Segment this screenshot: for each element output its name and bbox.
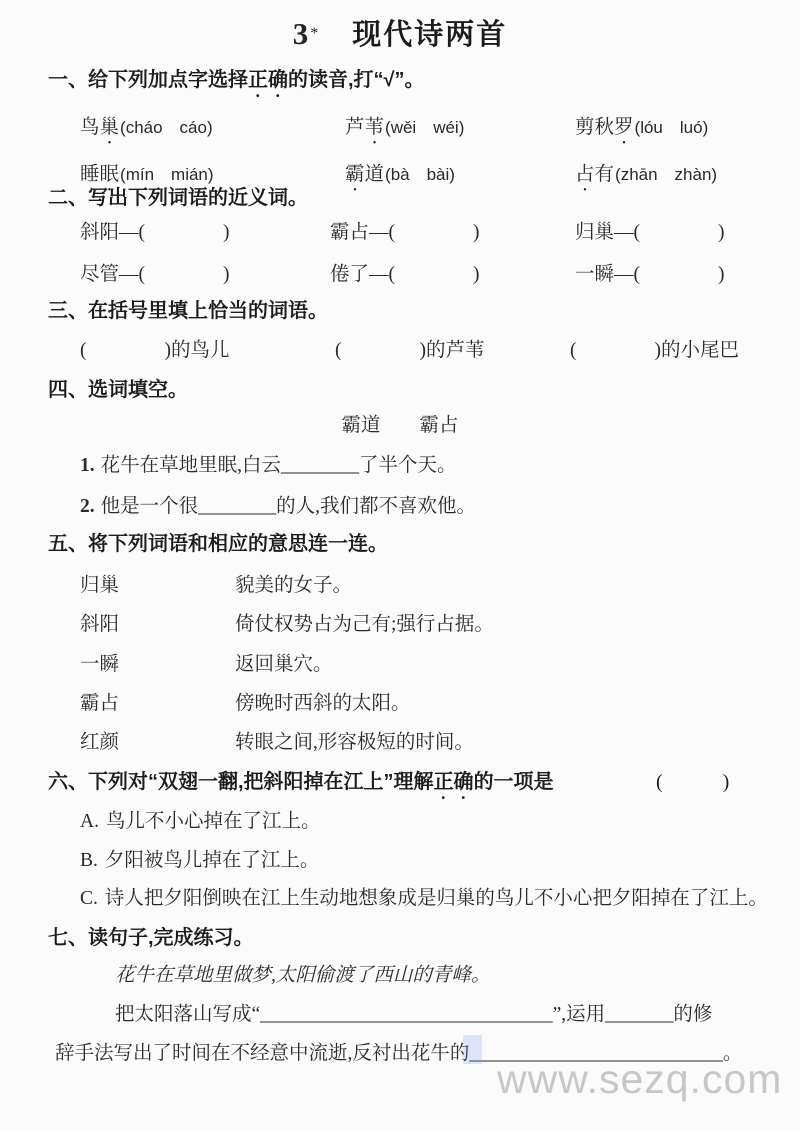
synonym-blank: 斜阳—( ) [80, 221, 230, 245]
heading-text: 一、给下列加点字选择 [48, 69, 248, 91]
option-label: A. [80, 811, 99, 832]
pinyin-item: 霸道(bà bài) [345, 163, 455, 196]
pinyin-choices: (bà bài) [385, 165, 455, 184]
synonym-blank: 归巢—( ) [575, 221, 725, 245]
pinyin-item: 芦苇(wěi wéi) [345, 116, 464, 149]
match-word: 斜阳 [80, 613, 235, 637]
match-word: 霸占 [80, 692, 235, 716]
dotted-char: 占 [575, 164, 595, 185]
heading-text: 的读音,打“√”。 [288, 69, 425, 91]
word-text: 道 [365, 164, 385, 185]
heading-text: 的一项是 [474, 771, 554, 793]
sentence-text: 花牛在草地里眠,白云________了半个天。 [101, 455, 457, 476]
lesson-number: 3 [293, 16, 309, 51]
fill-sentence: 2.他是一个很________的人,我们都不喜欢他。 [80, 495, 476, 519]
pinyin-choices: (wěi wéi) [385, 118, 464, 137]
item-number: 2. [80, 496, 95, 517]
pinyin-choices: (cháo cáo) [120, 118, 213, 137]
pinyin-choices: (mín mián) [120, 165, 214, 184]
choice-option: C.诗人把夕阳倒映在江上生动地想象成是归巢的鸟儿不小心把夕阳掉在了江上。 [80, 887, 768, 911]
match-word: 归巢 [80, 574, 235, 598]
lesson-star: * [310, 25, 318, 42]
match-row: 斜阳倚仗权势占为己有;强行占据。 [80, 613, 494, 637]
pinyin-choices: (zhān zhàn) [615, 165, 717, 184]
dotted-char: 巢 [100, 117, 120, 138]
section-4-heading: 四、选词填空。 [48, 378, 188, 403]
dotted-char: 霸 [345, 164, 365, 185]
quoted-poem-line: 花牛在草地里做梦,太阳偷渡了西山的青峰。 [115, 964, 490, 988]
fill-word-blank: ( )的芦苇 [335, 339, 485, 363]
match-row: 霸占傍晚时西斜的太阳。 [80, 692, 411, 716]
word-text: 睡 [80, 164, 100, 185]
pinyin-choices: (lóu luó) [635, 118, 709, 137]
lesson-title-text: 现代诗两首 [352, 19, 507, 51]
worksheet-page: 3*现代诗两首 一、给下列加点字选择正确的读音,打“√”。 鸟巢(cháo cá… [0, 0, 800, 1131]
pinyin-item: 鸟巢(cháo cáo) [80, 116, 213, 149]
heading-emphasis: 正确 [434, 771, 474, 793]
match-definition: 转眼之间,形容极短的时间。 [235, 732, 474, 753]
match-definition: 倚仗权势占为己有;强行占据。 [235, 614, 494, 635]
synonym-blank: 尽管—( ) [80, 263, 230, 287]
synonym-blank: 倦了—( ) [330, 263, 480, 287]
section-6-heading: 六、下列对“双翅一翻,把斜阳掉在江上”理解正确的一项是 [48, 770, 554, 804]
word-text: 剪秋 [575, 117, 614, 138]
watermark: www.sezq.com [497, 1056, 782, 1103]
pinyin-item: 占有(zhān zhàn) [575, 163, 717, 196]
section-7-heading: 七、读句子,完成练习。 [48, 926, 254, 951]
section-2-heading: 二、写出下列词语的近义词。 [48, 186, 308, 211]
fill-word-blank: ( )的鸟儿 [80, 339, 230, 363]
exercise-line: 把太阳落山写成“______________________________”,… [115, 1003, 712, 1027]
match-word: 红颜 [80, 731, 235, 755]
section-3-heading: 三、在括号里填上恰当的词语。 [48, 299, 328, 324]
fill-sentence: 1.花牛在草地里眠,白云________了半个天。 [80, 454, 457, 478]
dotted-char: 眠 [100, 164, 120, 185]
pinyin-item: 剪秋罗(lóu luó) [575, 116, 708, 149]
synonym-blank: 一瞬—( ) [575, 263, 725, 287]
page-title: 3*现代诗两首 [0, 12, 800, 53]
match-definition: 傍晚时西斜的太阳。 [235, 693, 411, 714]
heading-text: 六、下列对“双翅一翻,把斜阳掉在江上”理解 [48, 771, 434, 793]
option-text: 鸟儿不小心掉在了江上。 [106, 811, 321, 832]
option-label: C. [80, 888, 98, 909]
item-number: 1. [80, 455, 95, 476]
match-definition: 返回巢穴。 [235, 654, 333, 675]
section-5-heading: 五、将下列词语和相应的意思连一连。 [48, 532, 388, 557]
match-row: 一瞬返回巢穴。 [80, 653, 333, 677]
answer-bracket: ( ) [656, 770, 729, 795]
word-bank: 霸道 霸占 [0, 414, 800, 438]
option-label: B. [80, 850, 98, 871]
word-text: 鸟 [80, 117, 100, 138]
option-text: 夕阳被鸟儿掉在了江上。 [105, 850, 320, 871]
choice-option: A.鸟儿不小心掉在了江上。 [80, 810, 320, 834]
option-text: 诗人把夕阳倒映在江上生动地想象成是归巢的鸟儿不小心把夕阳掉在了江上。 [105, 888, 768, 909]
match-row: 红颜转眼之间,形容极短的时间。 [80, 731, 474, 755]
word-text: 有 [595, 164, 615, 185]
scan-artifact [463, 1035, 482, 1064]
section-1-heading: 一、给下列加点字选择正确的读音,打“√”。 [48, 68, 425, 102]
sentence-text: 他是一个很________的人,我们都不喜欢他。 [101, 496, 476, 517]
word-text: 芦 [345, 117, 365, 138]
match-word: 一瞬 [80, 653, 235, 677]
dotted-char: 罗 [614, 117, 634, 138]
choice-option: B.夕阳被鸟儿掉在了江上。 [80, 849, 319, 873]
synonym-blank: 霸占—( ) [330, 221, 480, 245]
match-definition: 貌美的女子。 [235, 575, 352, 596]
heading-emphasis: 正确 [248, 69, 288, 91]
fill-word-blank: ( )的小尾巴 [570, 339, 739, 363]
match-row: 归巢貌美的女子。 [80, 574, 352, 598]
dotted-char: 苇 [365, 117, 385, 138]
